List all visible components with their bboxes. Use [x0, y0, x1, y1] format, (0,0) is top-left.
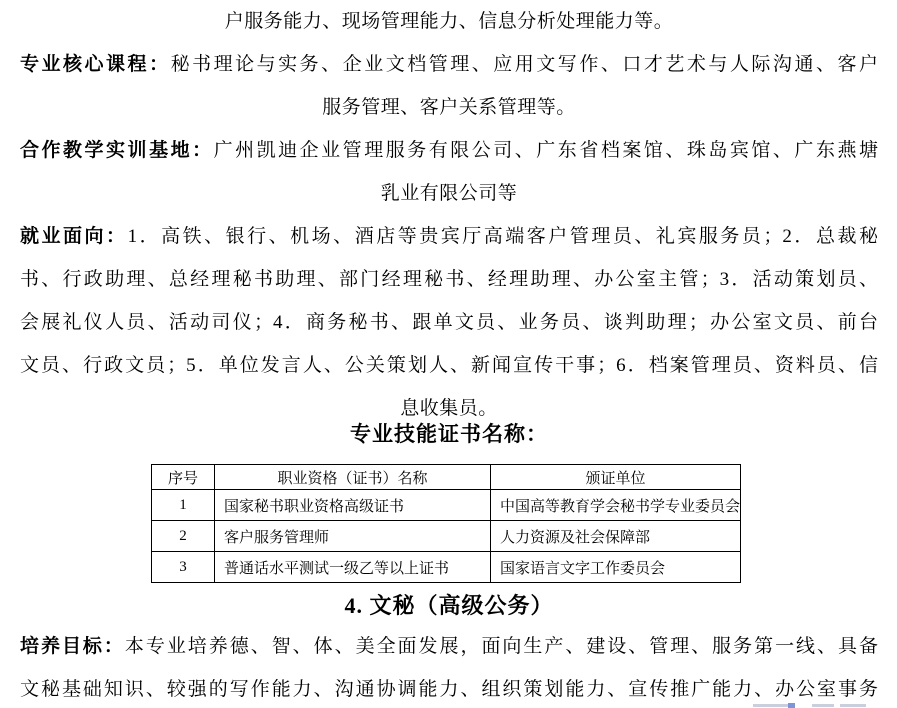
- table-header-cell: 序号: [152, 465, 215, 490]
- table-cell-index: 2: [152, 521, 215, 552]
- body-line: 培养目标：本专业培养德、智、体、美全面发展，面向生产、建设、管理、服务第一线、具…: [20, 625, 878, 668]
- paragraph-continuation: 户服务能力、现场管理能力、信息分析处理能力等。: [20, 0, 878, 43]
- table-row: 1 国家秘书职业资格高级证书 中国高等教育学会秘书学专业委员会: [152, 490, 741, 521]
- body-line: 就业面向：1．高铁、银行、机场、酒店等贵宾厅高端客户管理员、礼宾服务员；2．总裁…: [20, 215, 878, 258]
- paragraph-training-goal: 培养目标：本专业培养德、智、体、美全面发展，面向生产、建设、管理、服务第一线、具…: [20, 625, 878, 708]
- body-line: 服务管理、客户关系管理等。: [20, 86, 878, 129]
- paragraph-label: 合作教学实训基地：: [20, 140, 214, 161]
- document-content: 户服务能力、现场管理能力、信息分析处理能力等。 专业核心课程：秘书理论与实务、企…: [0, 0, 897, 708]
- body-line: 文秘基础知识、较强的写作能力、沟通协调能力、组织策划能力、宣传推广能力、办公室事…: [20, 668, 878, 708]
- body-text: 本专业培养德、智、体、美全面发展，面向生产、建设、管理、服务第一线、具备: [125, 636, 878, 657]
- table-row: 2 客户服务管理师 人力资源及社会保障部: [152, 521, 741, 552]
- cutoff-text-fragment: [812, 704, 834, 707]
- body-text: 秘书理论与实务、企业文档管理、应用文写作、口才艺术与人际沟通、客户: [171, 54, 878, 75]
- body-text: 广州凯迪企业管理服务有限公司、广东省档案馆、珠岛宾馆、广东燕塘: [214, 140, 878, 161]
- section4-title: 4. 文秘（高级公务）: [20, 589, 878, 623]
- table-cell-certificate: 普通话水平测试一级乙等以上证书: [215, 552, 491, 583]
- table-row: 3 普通话水平测试一级乙等以上证书 国家语言文字工作委员会: [152, 552, 741, 583]
- certificates-table: 序号 职业资格（证书）名称 颁证单位 1 国家秘书职业资格高级证书 中国高等教育…: [151, 464, 741, 583]
- table-header-cell: 颁证单位: [491, 465, 741, 490]
- table-cell-index: 1: [152, 490, 215, 521]
- document-page: 户服务能力、现场管理能力、信息分析处理能力等。 专业核心课程：秘书理论与实务、企…: [0, 0, 897, 708]
- body-text: 1．高铁、银行、机场、酒店等贵宾厅高端客户管理员、礼宾服务员；2．总裁秘: [128, 226, 878, 247]
- body-line: 户服务能力、现场管理能力、信息分析处理能力等。: [20, 0, 878, 43]
- paragraph-employment: 就业面向：1．高铁、银行、机场、酒店等贵宾厅高端客户管理员、礼宾服务员；2．总裁…: [20, 215, 878, 430]
- body-line: 乳业有限公司等: [20, 172, 878, 215]
- table-cell-certificate: 国家秘书职业资格高级证书: [215, 490, 491, 521]
- table-header-cell: 职业资格（证书）名称: [215, 465, 491, 490]
- cutoff-text-fragment: [840, 704, 866, 707]
- paragraph-core-courses: 专业核心课程：秘书理论与实务、企业文档管理、应用文写作、口才艺术与人际沟通、客户…: [20, 43, 878, 129]
- table-cell-index: 3: [152, 552, 215, 583]
- paragraph-label: 就业面向：: [20, 226, 128, 247]
- table-cell-issuer: 中国高等教育学会秘书学专业委员会: [491, 490, 741, 521]
- paragraph-label: 专业核心课程：: [20, 54, 171, 75]
- table-header-row: 序号 职业资格（证书）名称 颁证单位: [152, 465, 741, 490]
- table-cell-certificate: 客户服务管理师: [215, 521, 491, 552]
- certificate-section-title: 专业技能证书名称：: [20, 420, 878, 448]
- cutoff-text-fragment: [788, 703, 795, 708]
- body-line: 专业核心课程：秘书理论与实务、企业文档管理、应用文写作、口才艺术与人际沟通、客户: [20, 43, 878, 86]
- table-cell-issuer: 国家语言文字工作委员会: [491, 552, 741, 583]
- body-line: 会展礼仪人员、活动司仪；4．商务秘书、跟单文员、业务员、谈判助理；办公室文员、前…: [20, 301, 878, 344]
- body-line: 文员、行政文员；5．单位发言人、公关策划人、新闻宣传干事；6．档案管理员、资料员…: [20, 344, 878, 387]
- paragraph-label: 培养目标：: [20, 636, 125, 657]
- paragraph-training-bases: 合作教学实训基地：广州凯迪企业管理服务有限公司、广东省档案馆、珠岛宾馆、广东燕塘…: [20, 129, 878, 215]
- body-line: 合作教学实训基地：广州凯迪企业管理服务有限公司、广东省档案馆、珠岛宾馆、广东燕塘: [20, 129, 878, 172]
- table-cell-issuer: 人力资源及社会保障部: [491, 521, 741, 552]
- body-line: 书、行政助理、总经理秘书助理、部门经理秘书、经理助理、办公室主管；3．活动策划员…: [20, 258, 878, 301]
